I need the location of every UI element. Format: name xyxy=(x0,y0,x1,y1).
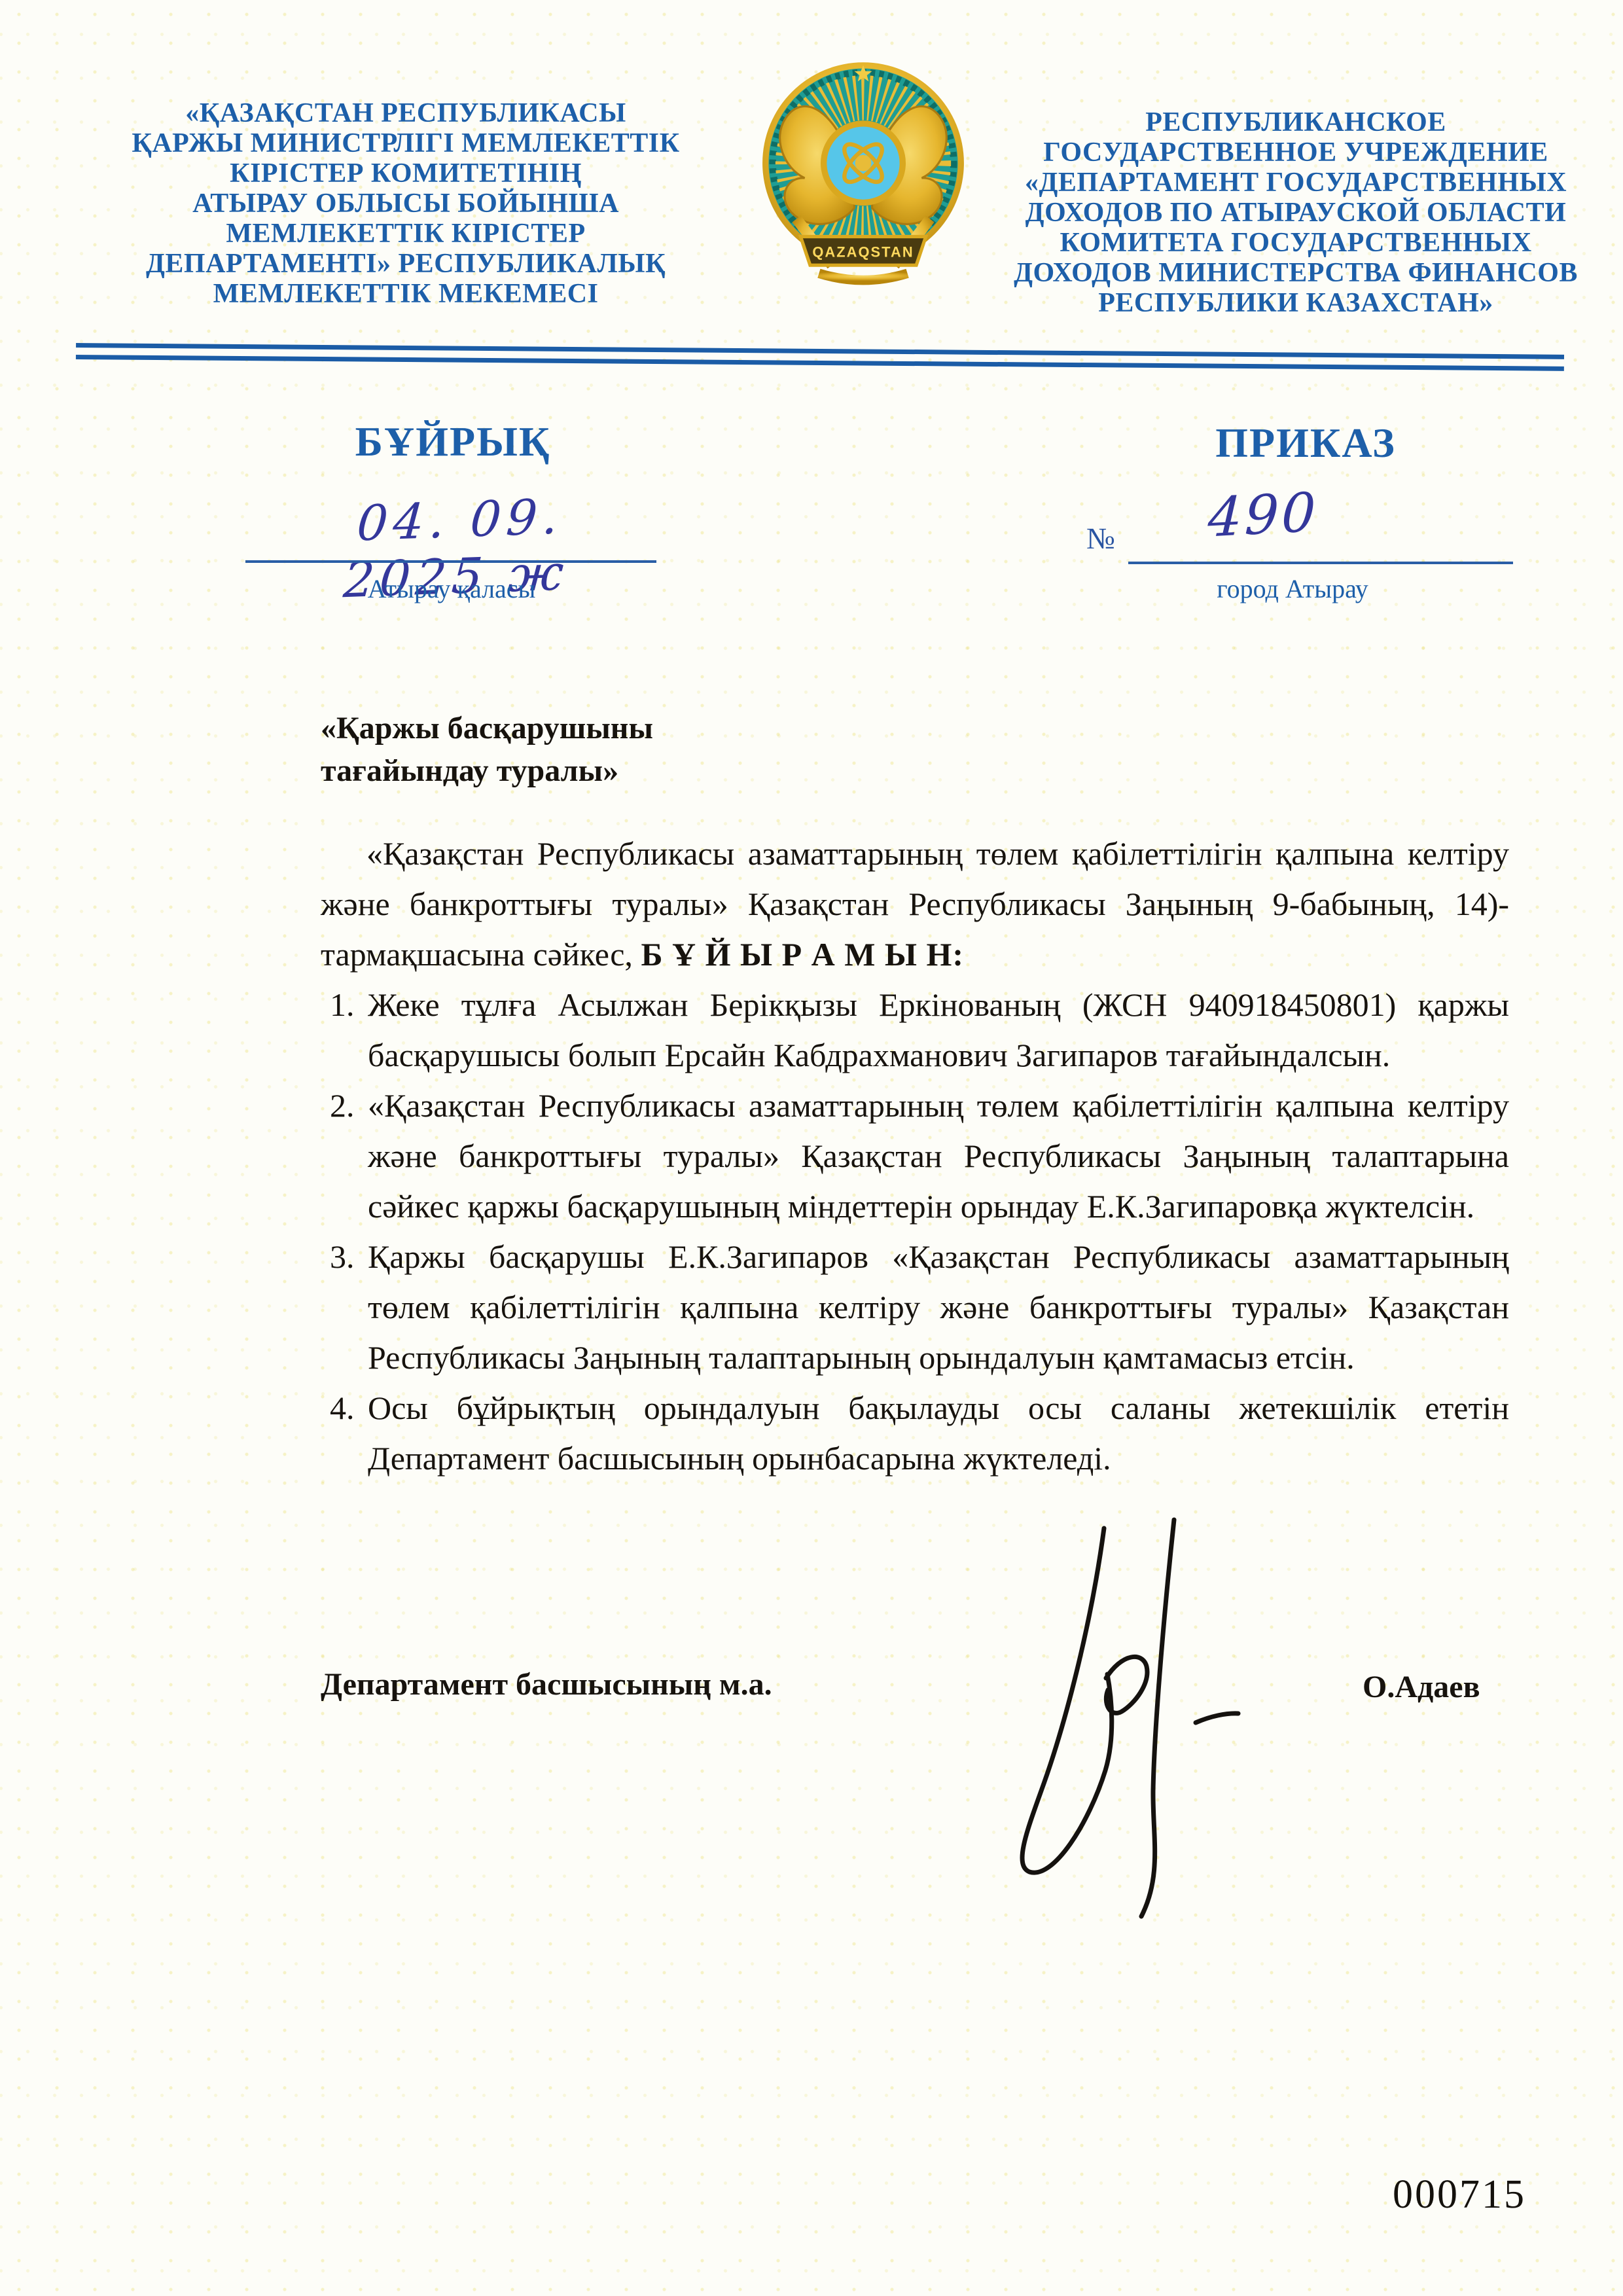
item-text: «Қазақстан Республикасы азаматтарының тө… xyxy=(368,1081,1509,1232)
item-number: 1. xyxy=(321,980,368,1081)
kazakhstan-emblem: QAZAQSTAN xyxy=(761,60,965,293)
order-title-ru: ПРИКАЗ xyxy=(1122,419,1489,467)
signer-position: Департамент басшысының м.а. xyxy=(321,1666,772,1702)
order-body: «Қазақстан Республикасы азаматтарының тө… xyxy=(321,829,1509,1484)
item-text: Осы бұйрықтың орындалуын бақылауды осы с… xyxy=(368,1383,1509,1484)
place-ru: город Атырау xyxy=(1145,573,1440,604)
item-text: Жеке тұлға Асылжан Берікқызы Еркінованың… xyxy=(368,980,1509,1081)
header-divider xyxy=(76,343,1564,371)
number-underline xyxy=(1128,562,1513,564)
order-document-page: «ҚАЗАҚСТАН РЕСПУБЛИКАСЫ ҚАРЖЫ МИНИСТРЛІГ… xyxy=(0,0,1623,2296)
page-number: 000715 xyxy=(1393,2172,1526,2218)
order-item-4: 4. Осы бұйрықтың орындалуын бақылауды ос… xyxy=(321,1383,1509,1484)
item-number: 3. xyxy=(321,1232,368,1383)
place-kk: Атырау қаласы xyxy=(304,573,599,604)
org-name-kk: «ҚАЗАҚСТАН РЕСПУБЛИКАСЫ ҚАРЖЫ МИНИСТРЛІГ… xyxy=(85,98,726,309)
order-title-kk: БҰЙРЫҚ xyxy=(270,418,636,466)
order-items: 1. Жеке тұлға Асылжан Берікқызы Еркінова… xyxy=(321,980,1509,1484)
order-item-2: 2. «Қазақстан Республикасы азаматтарының… xyxy=(321,1081,1509,1232)
order-subject: «Қаржы басқарушыны тағайындау туралы» xyxy=(321,707,1041,792)
intro-directive: Б Ұ Й Ы Р А М Ы Н: xyxy=(641,936,964,973)
intro-paragraph: «Қазақстан Республикасы азаматтарының тө… xyxy=(321,829,1509,980)
item-text: Қаржы басқарушы Е.К.Загипаров «Қазақстан… xyxy=(368,1232,1509,1383)
date-underline xyxy=(245,560,656,563)
signer-name: О.Адаев xyxy=(1363,1669,1480,1705)
emblem-base xyxy=(819,274,907,280)
item-number: 2. xyxy=(321,1081,368,1232)
handwritten-signature xyxy=(976,1505,1291,1937)
emblem-banner-text: QAZAQSTAN xyxy=(812,244,914,260)
order-item-1: 1. Жеке тұлға Асылжан Берікқызы Еркінова… xyxy=(321,980,1509,1081)
item-number: 4. xyxy=(321,1383,368,1484)
order-item-3: 3. Қаржы басқарушы Е.К.Загипаров «Қазақс… xyxy=(321,1232,1509,1383)
number-sign: № xyxy=(1086,521,1115,556)
org-name-ru: РЕСПУБЛИКАНСКОЕ ГОСУДАРСТВЕННОЕ УЧРЕЖДЕН… xyxy=(987,107,1605,318)
handwritten-number: 490 xyxy=(1164,479,1363,552)
